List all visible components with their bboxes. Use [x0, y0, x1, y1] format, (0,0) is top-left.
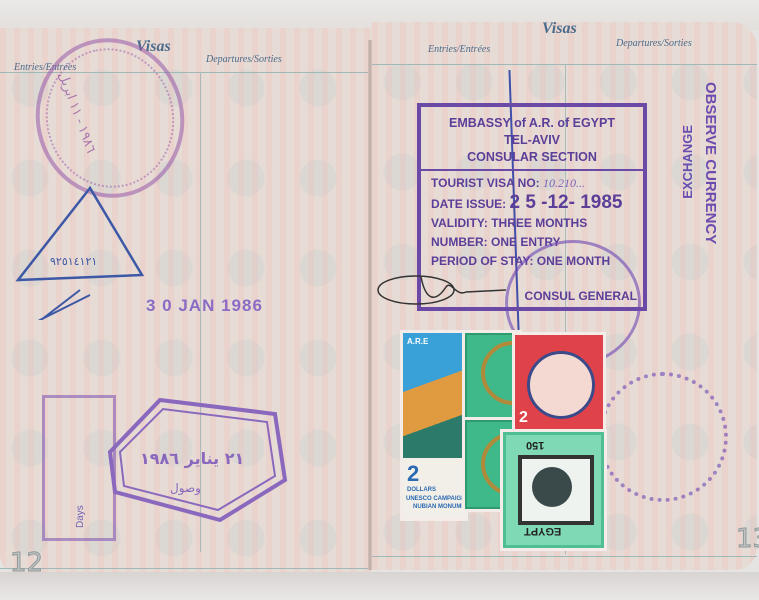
entries-label-right: Entries/Entrées — [428, 44, 490, 55]
egypt-150-revenue-stamp: 150 EGYPT — [503, 432, 604, 548]
stamp-unit: DOLLARS — [407, 487, 436, 493]
triangle-stamp: ٩٢٥١٤١٢١ — [10, 180, 150, 320]
footer-rule — [372, 556, 757, 557]
stamp-country: EGYPT — [524, 525, 561, 537]
visa-validity: VALIDITY: THREE MONTHS — [421, 214, 643, 233]
visa-number-label: TOURIST VISA NO: — [431, 176, 540, 190]
visas-heading-right: Visas — [542, 20, 577, 38]
round-entry-seal — [598, 372, 728, 502]
rect-stamp-text: Days — [75, 505, 86, 528]
footer-rule — [0, 568, 370, 569]
hexagon-arrival-stamp: ٢١ يناير ١٩٨٦ وصول — [100, 392, 290, 527]
visa-city-line: TEL-AVIV — [421, 132, 643, 149]
stamp-value: 2 — [407, 461, 419, 487]
svg-text:٢١ يناير ١٩٨٦: ٢١ يناير ١٩٨٦ — [140, 449, 244, 468]
departures-label-right: Departures/Sorties — [616, 38, 692, 49]
green-revenue-stamp-top — [465, 333, 519, 422]
svg-text:٩٢٥١٤١٢١: ٩٢٥١٤١٢١ — [50, 255, 97, 268]
issue-date-value: 2 5 -12- 1985 — [509, 192, 622, 213]
stamp-value: 150 — [526, 439, 544, 451]
signature — [376, 262, 516, 312]
svg-text:وصول: وصول — [170, 481, 201, 496]
red-revenue-stamp: 2 — [515, 335, 603, 435]
visa-embassy-line: EMBASSY of A.R. of EGYPT — [421, 115, 643, 132]
unesco-nubia-stamp: A.R.E 2 DOLLARS UNESCO CAMPAIGN NUBIAN M… — [403, 333, 465, 518]
date-stamp-jan-1986: 3 0 JAN 1986 — [146, 296, 263, 316]
departures-label-left: Departures/Sorties — [206, 54, 282, 65]
observe-currency-line1: OBSERVE CURRENCY — [702, 82, 719, 244]
visa-number-row: TOURIST VISA NO: 10.210... — [421, 174, 643, 193]
visa-issue-row: DATE ISSUE: 2 5 -12- 1985 — [421, 193, 643, 214]
visa-number-value: 10.210... — [543, 176, 585, 190]
background-bottom — [0, 572, 759, 600]
visa-section-line: CONSULAR SECTION — [421, 149, 643, 166]
stamp-country: A.R.E — [407, 337, 428, 346]
observe-currency-line2: EXCHANGE — [680, 125, 695, 199]
page-number-right: 13 — [736, 524, 759, 554]
stamp-value: 2 — [519, 409, 528, 427]
issue-date-label: DATE ISSUE: — [431, 197, 506, 211]
stamp-caption: UNESCO CAMPAIGN — [406, 496, 466, 502]
